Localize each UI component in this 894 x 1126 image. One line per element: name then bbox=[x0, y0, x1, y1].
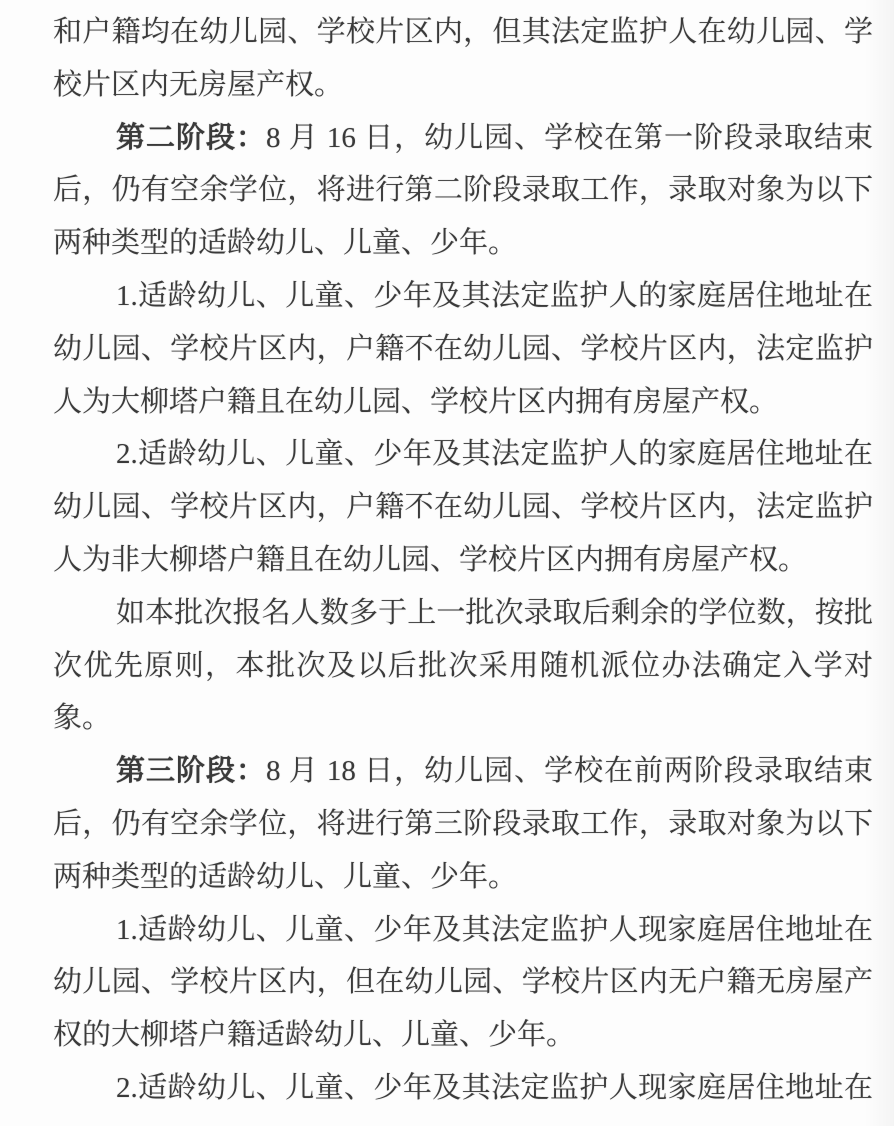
text-line-20: 权的大柳塔户籍适龄幼儿、儿童、少年。 bbox=[53, 1009, 873, 1062]
text-line-5: 两种类型的适龄幼儿、儿童、少年。 bbox=[53, 217, 873, 270]
text-line-1: 和户籍均在幼儿园、学校片区内，但其法定监护人在幼儿园、学 bbox=[53, 6, 873, 59]
text-line-10: 幼儿园、学校片区内，户籍不在幼儿园、学校片区内，法定监护 bbox=[53, 481, 873, 534]
line-text: 象。 bbox=[53, 702, 111, 734]
document-page: 和户籍均在幼儿园、学校片区内，但其法定监护人在幼儿园、学校片区内无房屋产权。第二… bbox=[0, 0, 894, 1126]
text-line-17: 两种类型的适龄幼儿、儿童、少年。 bbox=[53, 851, 873, 904]
text-line-8: 人为大柳塔户籍且在幼儿园、学校片区内拥有房屋产权。 bbox=[53, 376, 873, 429]
line-text: 2.适龄幼儿、儿童、少年及其法定监护人的家庭居住地址在 bbox=[116, 438, 873, 470]
text-line-13: 次优先原则，本批次及以后批次采用随机派位办法确定入学对 bbox=[53, 640, 873, 693]
line-text: 2.适龄幼儿、儿童、少年及其法定监护人现家庭居住地址在 bbox=[116, 1072, 873, 1104]
line-text: 8 月 16 日，幼儿园、学校在第一阶段录取结束 bbox=[266, 122, 873, 154]
line-text: 1.适龄幼儿、儿童、少年及其法定监护人的家庭居住地址在 bbox=[116, 280, 873, 312]
line-text: 如本批次报名人数多于上一批次录取后剩余的学位数，按批 bbox=[116, 597, 873, 629]
document-text-block: 和户籍均在幼儿园、学校片区内，但其法定监护人在幼儿园、学校片区内无房屋产权。第二… bbox=[53, 6, 873, 1115]
line-text: 幼儿园、学校片区内，户籍不在幼儿园、学校片区内，法定监护 bbox=[53, 333, 873, 365]
line-text: 1.适龄幼儿、儿童、少年及其法定监护人现家庭居住地址在 bbox=[116, 914, 873, 946]
text-line-9: 2.适龄幼儿、儿童、少年及其法定监护人的家庭居住地址在 bbox=[53, 428, 873, 481]
line-text: 人为非大柳塔户籍且在幼儿园、学校片区内拥有房屋产权。 bbox=[53, 544, 807, 576]
text-line-18: 1.适龄幼儿、儿童、少年及其法定监护人现家庭居住地址在 bbox=[53, 904, 873, 957]
line-text: 幼儿园、学校片区内，但在幼儿园、学校片区内无户籍无房屋产 bbox=[53, 966, 873, 998]
phase-heading-label: 第三阶段： bbox=[116, 755, 266, 787]
text-line-19: 幼儿园、学校片区内，但在幼儿园、学校片区内无户籍无房屋产 bbox=[53, 956, 873, 1009]
text-line-11: 人为非大柳塔户籍且在幼儿园、学校片区内拥有房屋产权。 bbox=[53, 534, 873, 587]
line-text: 校片区内无房屋产权。 bbox=[53, 69, 343, 101]
text-line-16: 后，仍有空余学位，将进行第三阶段录取工作，录取对象为以下 bbox=[53, 798, 873, 851]
text-line-21: 2.适龄幼儿、儿童、少年及其法定监护人现家庭居住地址在 bbox=[53, 1062, 873, 1115]
text-line-3: 第二阶段：8 月 16 日，幼儿园、学校在第一阶段录取结束 bbox=[53, 112, 873, 165]
text-line-15: 第三阶段：8 月 18 日，幼儿园、学校在前两阶段录取结束 bbox=[53, 745, 873, 798]
line-text: 次优先原则，本批次及以后批次采用随机派位办法确定入学对 bbox=[53, 650, 873, 682]
text-line-12: 如本批次报名人数多于上一批次录取后剩余的学位数，按批 bbox=[53, 587, 873, 640]
text-line-7: 幼儿园、学校片区内，户籍不在幼儿园、学校片区内，法定监护 bbox=[53, 323, 873, 376]
line-text: 后，仍有空余学位，将进行第二阶段录取工作，录取对象为以下 bbox=[53, 174, 873, 206]
line-text: 两种类型的适龄幼儿、儿童、少年。 bbox=[53, 227, 517, 259]
text-line-2: 校片区内无房屋产权。 bbox=[53, 59, 873, 112]
text-line-6: 1.适龄幼儿、儿童、少年及其法定监护人的家庭居住地址在 bbox=[53, 270, 873, 323]
line-text: 权的大柳塔户籍适龄幼儿、儿童、少年。 bbox=[53, 1019, 575, 1051]
phase-heading-label: 第二阶段： bbox=[116, 122, 266, 154]
text-line-14: 象。 bbox=[53, 692, 873, 745]
line-text: 两种类型的适龄幼儿、儿童、少年。 bbox=[53, 861, 517, 893]
line-text: 幼儿园、学校片区内，户籍不在幼儿园、学校片区内，法定监护 bbox=[53, 491, 873, 523]
line-text: 后，仍有空余学位，将进行第三阶段录取工作，录取对象为以下 bbox=[53, 808, 873, 840]
line-text: 和户籍均在幼儿园、学校片区内，但其法定监护人在幼儿园、学 bbox=[53, 16, 873, 48]
line-text: 人为大柳塔户籍且在幼儿园、学校片区内拥有房屋产权。 bbox=[53, 386, 778, 418]
text-line-4: 后，仍有空余学位，将进行第二阶段录取工作，录取对象为以下 bbox=[53, 164, 873, 217]
line-text: 8 月 18 日，幼儿园、学校在前两阶段录取结束 bbox=[266, 755, 873, 787]
